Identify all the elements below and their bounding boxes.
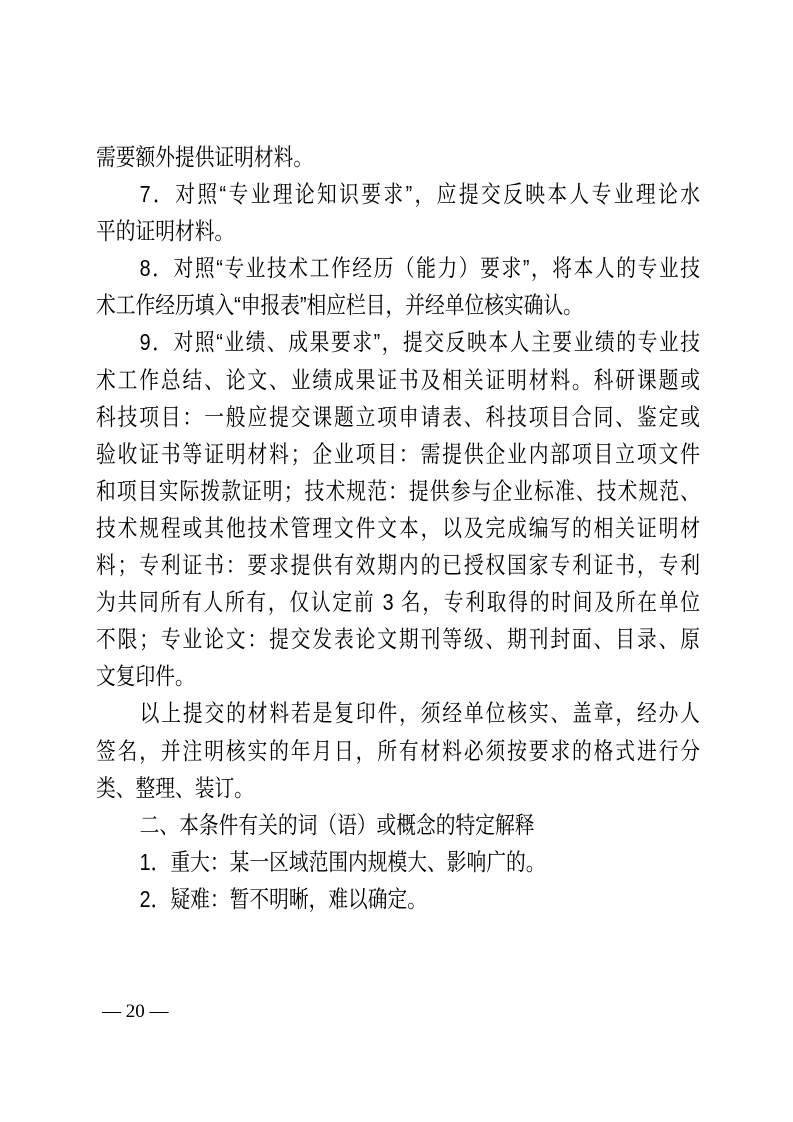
text-line: 验收证书等证明材料；企业项目：需提供企业内部项目立项文件 — [96, 436, 700, 473]
document-page: 需要额外提供证明材料。7．对照“专业理论知识要求”，应提交反映本人专业理论水平的… — [0, 0, 793, 1122]
text-line: 文复印件。 — [96, 658, 700, 695]
text-line: 术工作经历填入“申报表”相应栏目，并经单位核实确认。 — [96, 287, 700, 324]
text-line: 料；专利证书：要求提供有效期内的已授权国家专利证书，专利 — [96, 547, 700, 584]
text-line: 科技项目：一般应提交课题立项申请表、科技项目合同、鉴定或 — [96, 399, 700, 436]
text-line: 为共同所有人所有，仅认定前 3 名，专利取得的时间及所在单位 — [96, 584, 700, 621]
text-block: 需要额外提供证明材料。7．对照“专业理论知识要求”，应提交反映本人专业理论水平的… — [96, 139, 700, 918]
text-line: 术工作总结、论文、业绩成果证书及相关证明材料。科研课题或 — [96, 362, 700, 399]
text-line: 技术规程或其他技术管理文件文本，以及完成编写的相关证明材 — [96, 510, 700, 547]
text-line: 1．重大：某一区域范围内规模大、影响广的。 — [96, 844, 700, 881]
text-line: 以上提交的材料若是复印件，须经单位核实、盖章，经办人 — [96, 695, 700, 732]
text-line: 不限；专业论文：提交发表论文期刊等级、期刊封面、目录、原 — [96, 621, 700, 658]
text-line: 2．疑难：暂不明晰，难以确定。 — [96, 881, 700, 918]
text-line: 和项目实际拨款证明；技术规范：提供参与企业标准、技术规范、 — [96, 473, 700, 510]
text-line: 9．对照“业绩、成果要求”，提交反映本人主要业绩的专业技 — [96, 324, 700, 361]
text-line: 8．对照“专业技术工作经历（能力）要求”，将本人的专业技 — [96, 250, 700, 287]
text-line: 平的证明材料。 — [96, 213, 700, 250]
text-line: 二、本条件有关的词（语）或概念的特定解释 — [96, 807, 700, 844]
page-number: — 20 — — [102, 1001, 169, 1022]
text-line: 7．对照“专业理论知识要求”，应提交反映本人专业理论水 — [96, 176, 700, 213]
text-line: 需要额外提供证明材料。 — [96, 139, 700, 176]
page-footer: — 20 — — [102, 1000, 169, 1024]
text-line: 签名，并注明核实的年月日，所有材料必须按要求的格式进行分 — [96, 733, 700, 770]
text-line: 类、整理、装订。 — [96, 770, 700, 807]
